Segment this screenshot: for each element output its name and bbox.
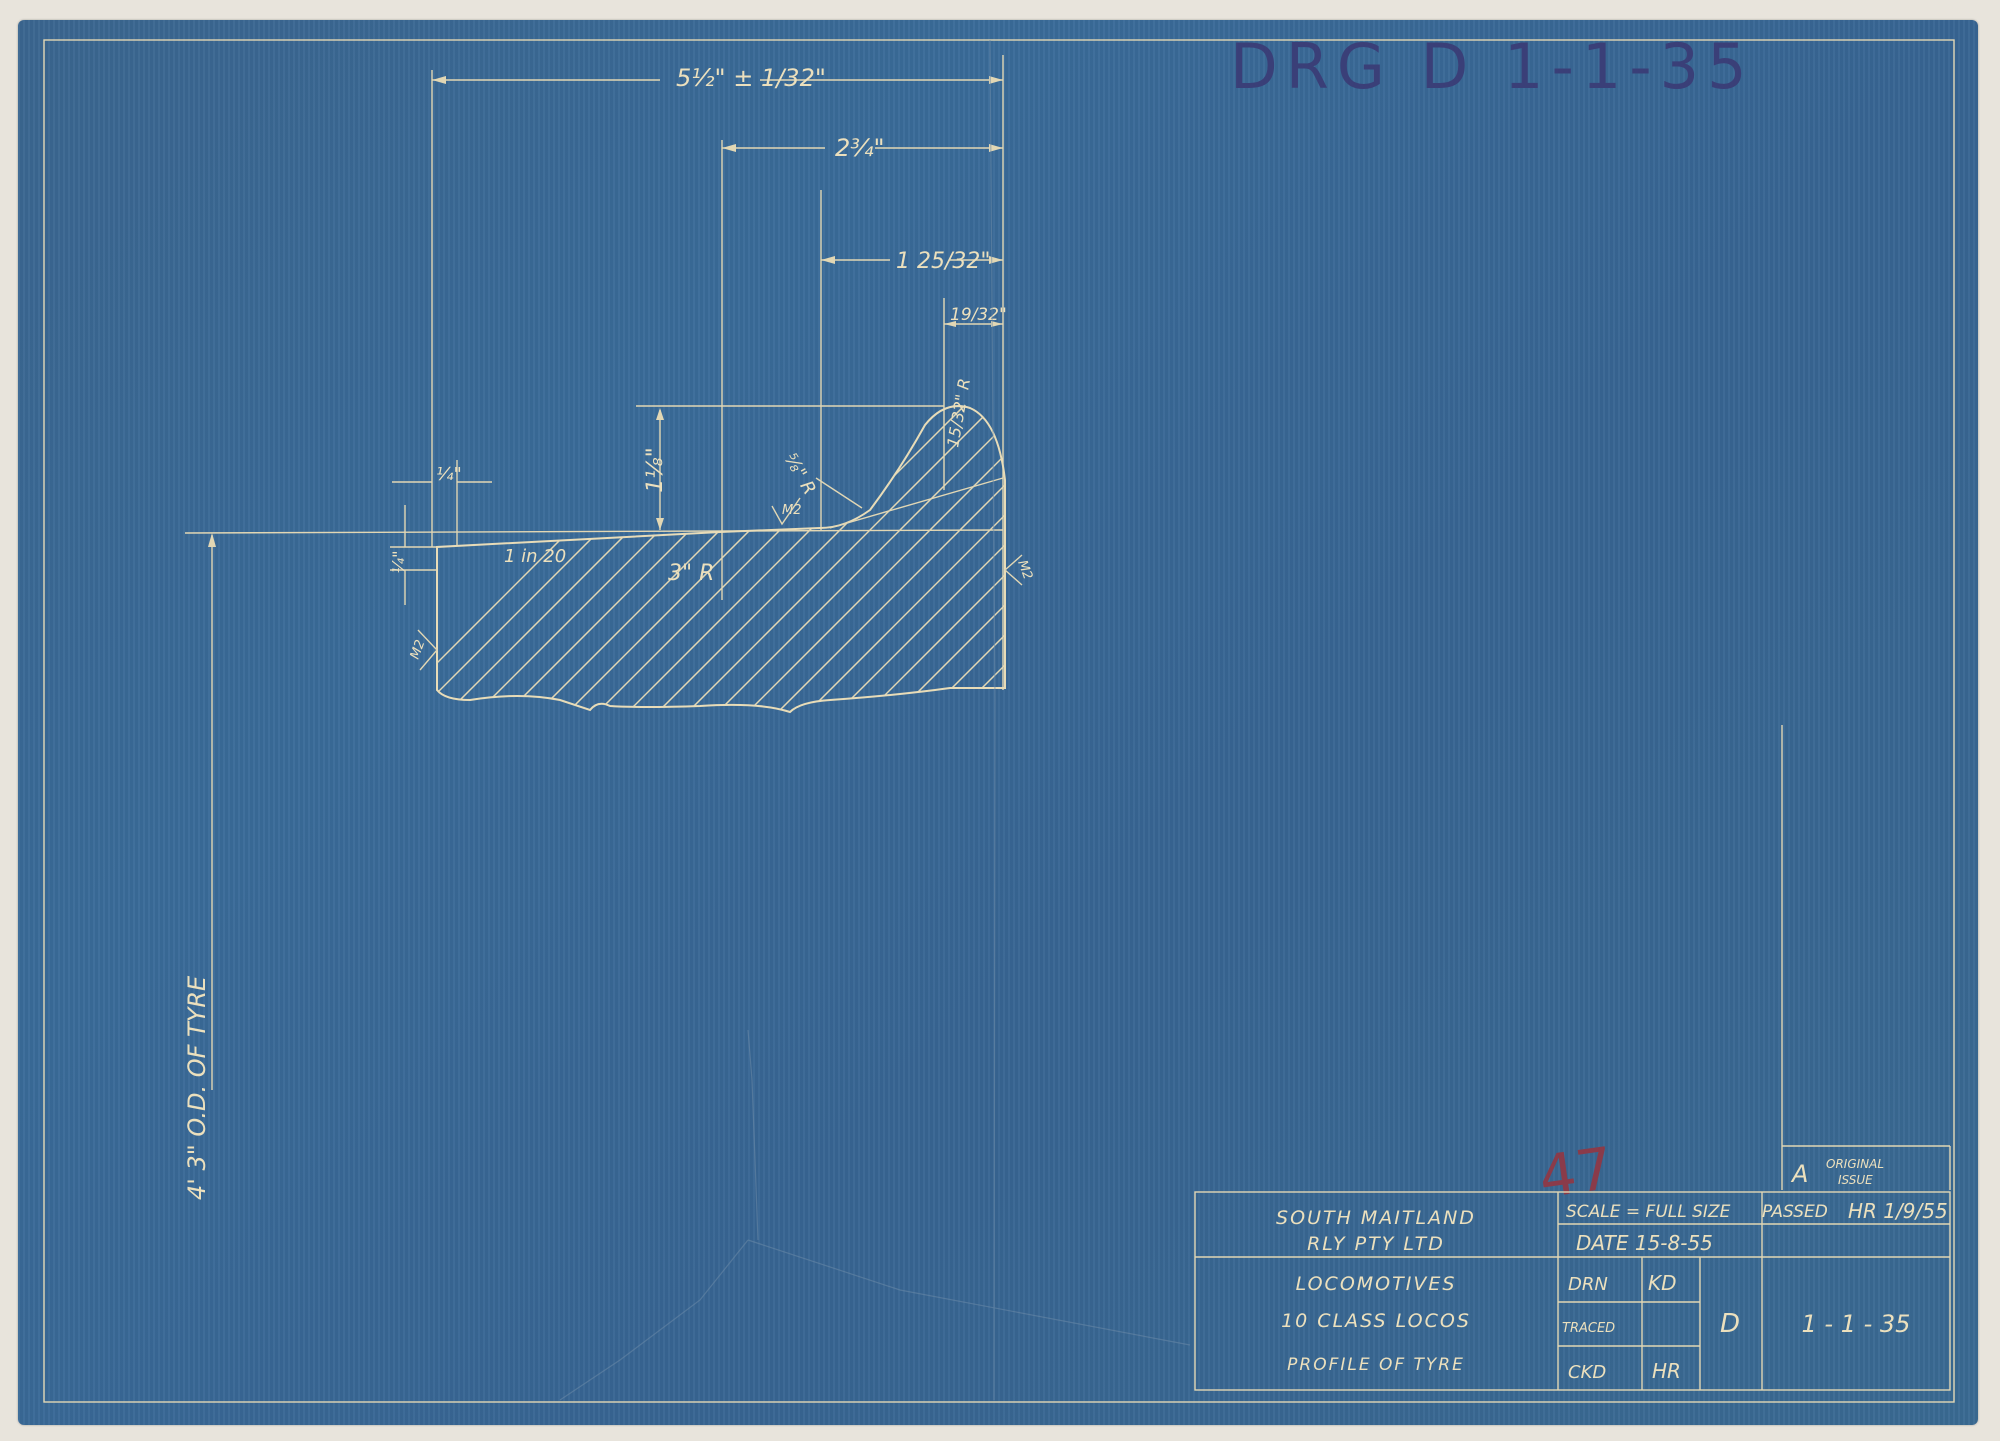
drawn-label: DRN bbox=[1568, 1274, 1608, 1295]
traced-label: TRACED bbox=[1562, 1321, 1615, 1336]
checked-signature: HR bbox=[1652, 1359, 1681, 1383]
passed-signature: HR 1/9/55 bbox=[1848, 1199, 1948, 1223]
revision-letter: A bbox=[1790, 1160, 1808, 1188]
drawn-by: KD bbox=[1648, 1271, 1677, 1295]
company-line-2: RLY PTY LTD bbox=[1307, 1233, 1445, 1255]
passed-label: PASSED bbox=[1762, 1202, 1828, 1222]
pencil-drawing-number: DRG D 1-1-35 bbox=[1230, 30, 1755, 103]
paper-creases bbox=[560, 40, 1190, 1400]
dimension-overall-width: 5½" ± 1/32" bbox=[432, 55, 1003, 690]
revision-block: A ORIGINAL ISSUE bbox=[1782, 725, 1950, 1190]
drawing-size: D bbox=[1720, 1309, 1740, 1339]
drawing-number: 1 - 1 - 35 bbox=[1802, 1310, 1911, 1338]
drawing-title: PROFILE OF TYRE bbox=[1287, 1355, 1465, 1375]
svg-text:M2: M2 bbox=[1014, 558, 1035, 581]
svg-text:5½" ± 1/32": 5½" ± 1/32" bbox=[676, 64, 826, 92]
svg-text:2¾": 2¾" bbox=[835, 134, 885, 162]
tread-radius-label: 3" R bbox=[668, 561, 714, 586]
taper-label: 1 in 20 bbox=[504, 546, 566, 567]
root-radius-leader bbox=[816, 478, 862, 508]
svg-text:¼": ¼" bbox=[389, 551, 408, 574]
dimension-outside-diameter: 4' 3" O.D. OF TYRE bbox=[183, 533, 216, 1200]
root-radius-label: ⅝" R bbox=[780, 450, 820, 499]
sheet-border bbox=[44, 40, 1954, 1402]
dimension-chamfer-vertical: ¼" bbox=[389, 505, 437, 605]
svg-text:M2: M2 bbox=[408, 638, 429, 661]
title-block: SOUTH MAITLAND RLY PTY LTD LOCOMOTIVES 1… bbox=[1195, 1192, 1950, 1390]
finish-mark-back: M2 bbox=[408, 630, 437, 670]
checked-label: CKD bbox=[1568, 1362, 1606, 1383]
svg-text:1⅛": 1⅛" bbox=[643, 447, 668, 492]
svg-text:M2: M2 bbox=[782, 503, 802, 518]
red-pencil-annotation: 47 bbox=[1535, 1134, 1618, 1212]
datum-line bbox=[185, 530, 1003, 533]
revision-desc-1: ORIGINAL bbox=[1826, 1157, 1884, 1171]
finish-mark-face: M2 bbox=[1005, 555, 1035, 585]
scale-label: SCALE = FULL SIZE bbox=[1566, 1202, 1731, 1222]
tyre-profile-section bbox=[300, 400, 1390, 800]
finish-mark-tread: M2 bbox=[772, 498, 802, 524]
svg-text:¼": ¼" bbox=[436, 464, 462, 485]
svg-text:19/32": 19/32" bbox=[950, 305, 1007, 325]
revision-desc-2: ISSUE bbox=[1838, 1173, 1873, 1187]
tip-radius-label: 15/32" R bbox=[943, 377, 974, 449]
date-label: DATE 15-8-55 bbox=[1576, 1231, 1713, 1255]
dimension-flange-to-tip: 1 25/32" bbox=[821, 190, 1003, 530]
svg-text:4' 3" O.D. OF TYRE: 4' 3" O.D. OF TYRE bbox=[183, 975, 211, 1200]
blueprint-drawing: DRG D 1-1-35 5½" ± 1/32" 2¾" 1 25/32" 19… bbox=[0, 0, 2000, 1441]
svg-text:1 25/32": 1 25/32" bbox=[896, 249, 991, 274]
category-label: LOCOMOTIVES bbox=[1296, 1273, 1457, 1295]
company-line-1: SOUTH MAITLAND bbox=[1276, 1207, 1476, 1229]
subject-label: 10 CLASS LOCOS bbox=[1281, 1310, 1471, 1332]
